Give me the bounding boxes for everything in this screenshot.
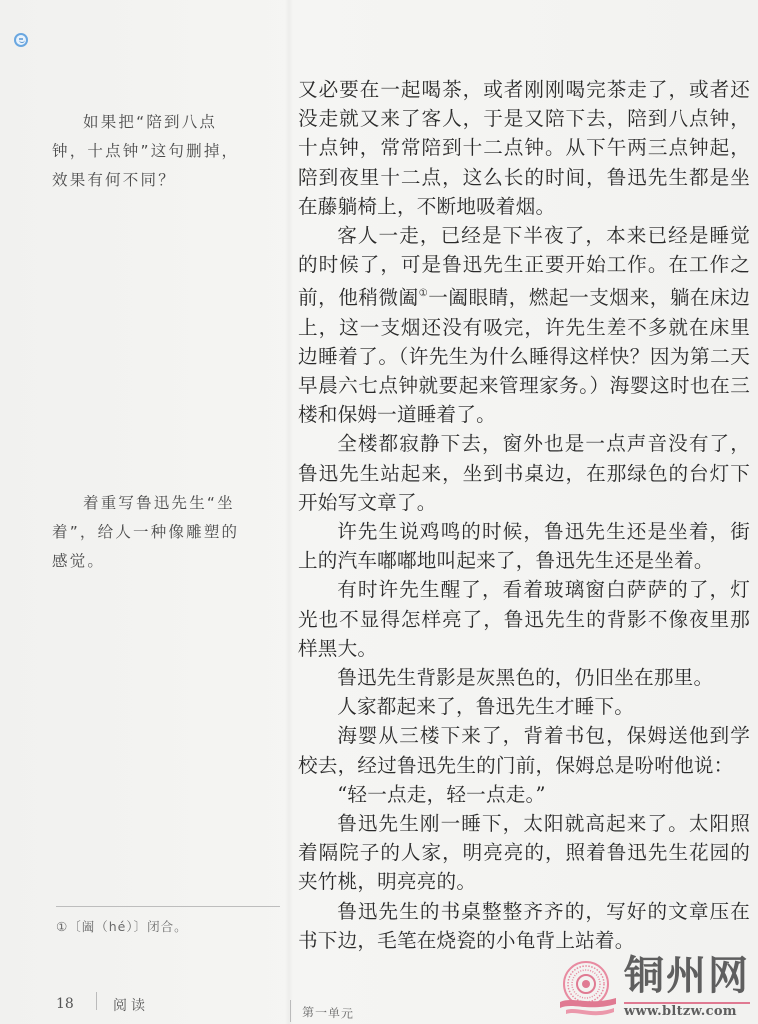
paragraph: 许先生说鸡鸣的时候，鲁迅先生还是坐着，街上的汽车嘟嘟地叫起来了，鲁迅先生还是坐着… bbox=[298, 517, 750, 575]
textbook-page: 如果把“陪到八点钟，十点钟”这句删掉，效果有何不同？ 着重写鲁迅先生“坐着”，给… bbox=[0, 0, 758, 1024]
watermark-title: 铜州网 bbox=[624, 952, 750, 1000]
smiley-note-icon bbox=[14, 33, 28, 47]
footnote-marker[interactable]: ① bbox=[419, 288, 429, 299]
side-note-question: 如果把“陪到八点钟，十点钟”这句删掉，效果有何不同？ bbox=[52, 108, 252, 195]
paragraph: 鲁迅先生的书桌整整齐齐的，写好的文章压在书下边，毛笔在烧瓷的小龟背上站着。 bbox=[298, 897, 750, 955]
footer-divider bbox=[96, 992, 97, 1010]
main-body-text: 又必要在一起喝茶，或者刚刚喝完茶走了，或者还没走就又来了客人，于是又陪下去，陪到… bbox=[298, 75, 750, 955]
paragraph: 鲁迅先生背影是灰黑色的，仍旧坐在那里。 bbox=[298, 663, 750, 692]
side-note-comment: 着重写鲁迅先生“坐着”，给人一种像雕塑的感觉。 bbox=[52, 489, 252, 576]
paragraph: 客人一走，已经是下半夜了，本来已经是睡觉的时候了，可是鲁迅先生正要开始工作。在工… bbox=[298, 221, 750, 429]
footnote: ①〔阖（hé）〕闭合。 bbox=[56, 917, 188, 935]
paragraph: 海婴从三楼下来了，背着书包，保姆送他到学校去，经过鲁迅先生的门前，保姆总是吩咐他… bbox=[298, 721, 750, 779]
page-gutter-shadow bbox=[285, 0, 293, 1024]
footnote-divider bbox=[56, 906, 280, 907]
paragraph: 人家都起来了，鲁迅先生才睡下。 bbox=[298, 692, 750, 721]
paragraph: 鲁迅先生刚一睡下，太阳就高起来了。太阳照着隔院子的人家，明亮亮的，照着鲁迅先生花… bbox=[298, 809, 750, 897]
section-label: 阅读 bbox=[113, 995, 149, 1015]
unit-label: 第一单元 bbox=[302, 1003, 355, 1022]
paragraph: 全楼都寂静下去，窗外也是一点声音没有了，鲁迅先生站起来，坐到书桌边，在那绿色的台… bbox=[298, 429, 750, 517]
paragraph: 又必要在一起喝茶，或者刚刚喝完茶走了，或者还没走就又来了客人，于是又陪下去，陪到… bbox=[298, 75, 750, 221]
site-watermark: 铜州网 www.bltzw.com bbox=[558, 958, 753, 1020]
footer-divider bbox=[290, 1000, 291, 1022]
watermark-url: www.bltzw.com bbox=[624, 1004, 737, 1019]
paragraph: “轻一点走，轻一点走。” bbox=[298, 780, 750, 809]
page-number: 18 bbox=[56, 996, 74, 1012]
paragraph: 有时许先生醒了，看着玻璃窗白萨萨的了，灯光也不显得怎样亮了，鲁迅先生的背影不像夜… bbox=[298, 575, 750, 663]
emblem-logo-icon bbox=[558, 958, 618, 1020]
